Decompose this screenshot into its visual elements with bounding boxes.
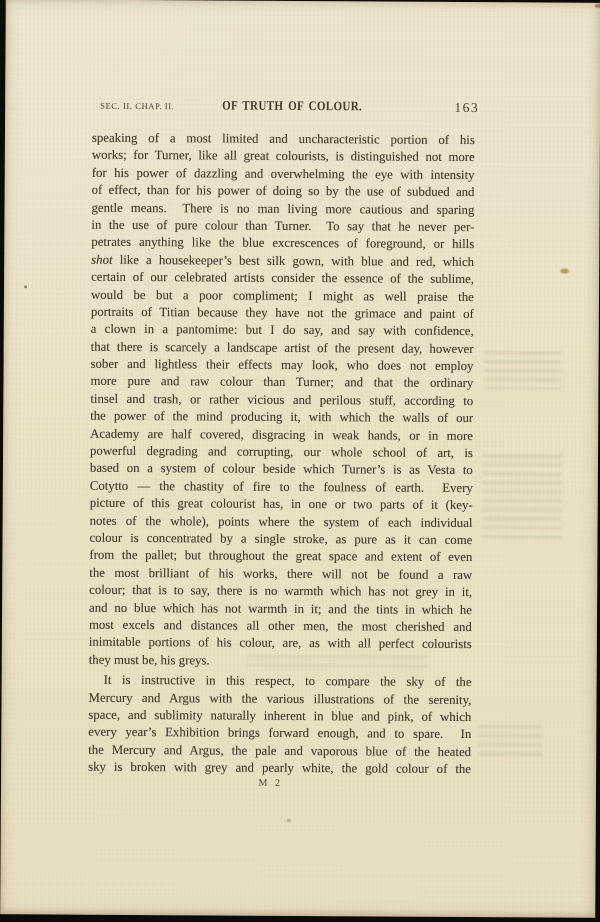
text-line: every year’s Exhibition brings forward e… [88, 724, 471, 744]
text-line: petrates anything like the blue excresce… [91, 234, 474, 254]
ink-bleed-artifact [478, 725, 542, 761]
paragraph: It is instructive in this respect, to co… [88, 672, 472, 779]
text-line: would be but a poor compliment; I might … [91, 286, 474, 306]
text-line: the power of the mind producing it, with… [90, 408, 473, 428]
text-line: gentle means. There is no man living mor… [91, 199, 474, 219]
text-line: picture of this great colourist has, in … [90, 495, 473, 515]
text-line: certain of our celebrated artists consid… [91, 269, 474, 289]
running-title: OF TRUTH OF COLOUR. [216, 97, 369, 114]
paper-stain [560, 269, 569, 274]
ink-bleed-artifact [484, 351, 560, 389]
signature-mark: M 2 [79, 777, 462, 790]
ink-bleed-artifact [482, 454, 563, 538]
page-header: SEC. II. CHAP. II. OF TRUTH OF COLOUR. 1… [6, 0, 600, 3]
text-line: colour; that is to say, there is no warm… [89, 582, 472, 602]
body-text: speaking of a most limited and uncharact… [88, 130, 475, 779]
page-number: 163 [429, 100, 479, 116]
text-line: and no blue which has not warmth in it; … [89, 599, 472, 619]
text-line: from the pallet; but throughout the grea… [89, 547, 472, 567]
paper-stain [595, 4, 600, 8]
text-line: It is instructive in this respect, to co… [89, 672, 472, 692]
book-page: SEC. II. CHAP. II. OF TRUTH OF COLOUR. 1… [0, 0, 600, 918]
section-chapter-heading: SEC. II. CHAP. II. [100, 101, 174, 111]
scan-background: SEC. II. CHAP. II. OF TRUTH OF COLOUR. 1… [0, 0, 600, 922]
text-line: inimitable portions of his colour, are, … [89, 634, 472, 654]
text-line: they must be, his greys. [89, 651, 472, 671]
text-line: of effect, than for his power of doing s… [92, 182, 475, 202]
italic-word: shot [91, 252, 112, 266]
text-segment: like a housekeeper’s best silk gown, wit… [113, 253, 475, 269]
paragraph: speaking of a most limited and uncharact… [89, 130, 475, 671]
text-line: a clown in a pantomime: but I do say, an… [91, 321, 474, 341]
ink-speck [24, 285, 27, 288]
text-line: sky is broken with grey and pearly white… [88, 759, 471, 779]
text-line: Mercury and Argus with the various illus… [88, 689, 471, 709]
text-line: based on a system of colour beside which… [90, 460, 473, 480]
text-line: more pure and raw colour than Turner; an… [90, 373, 473, 393]
text-line: works; for Turner, like all great colour… [92, 147, 475, 167]
ink-speck [287, 819, 291, 822]
